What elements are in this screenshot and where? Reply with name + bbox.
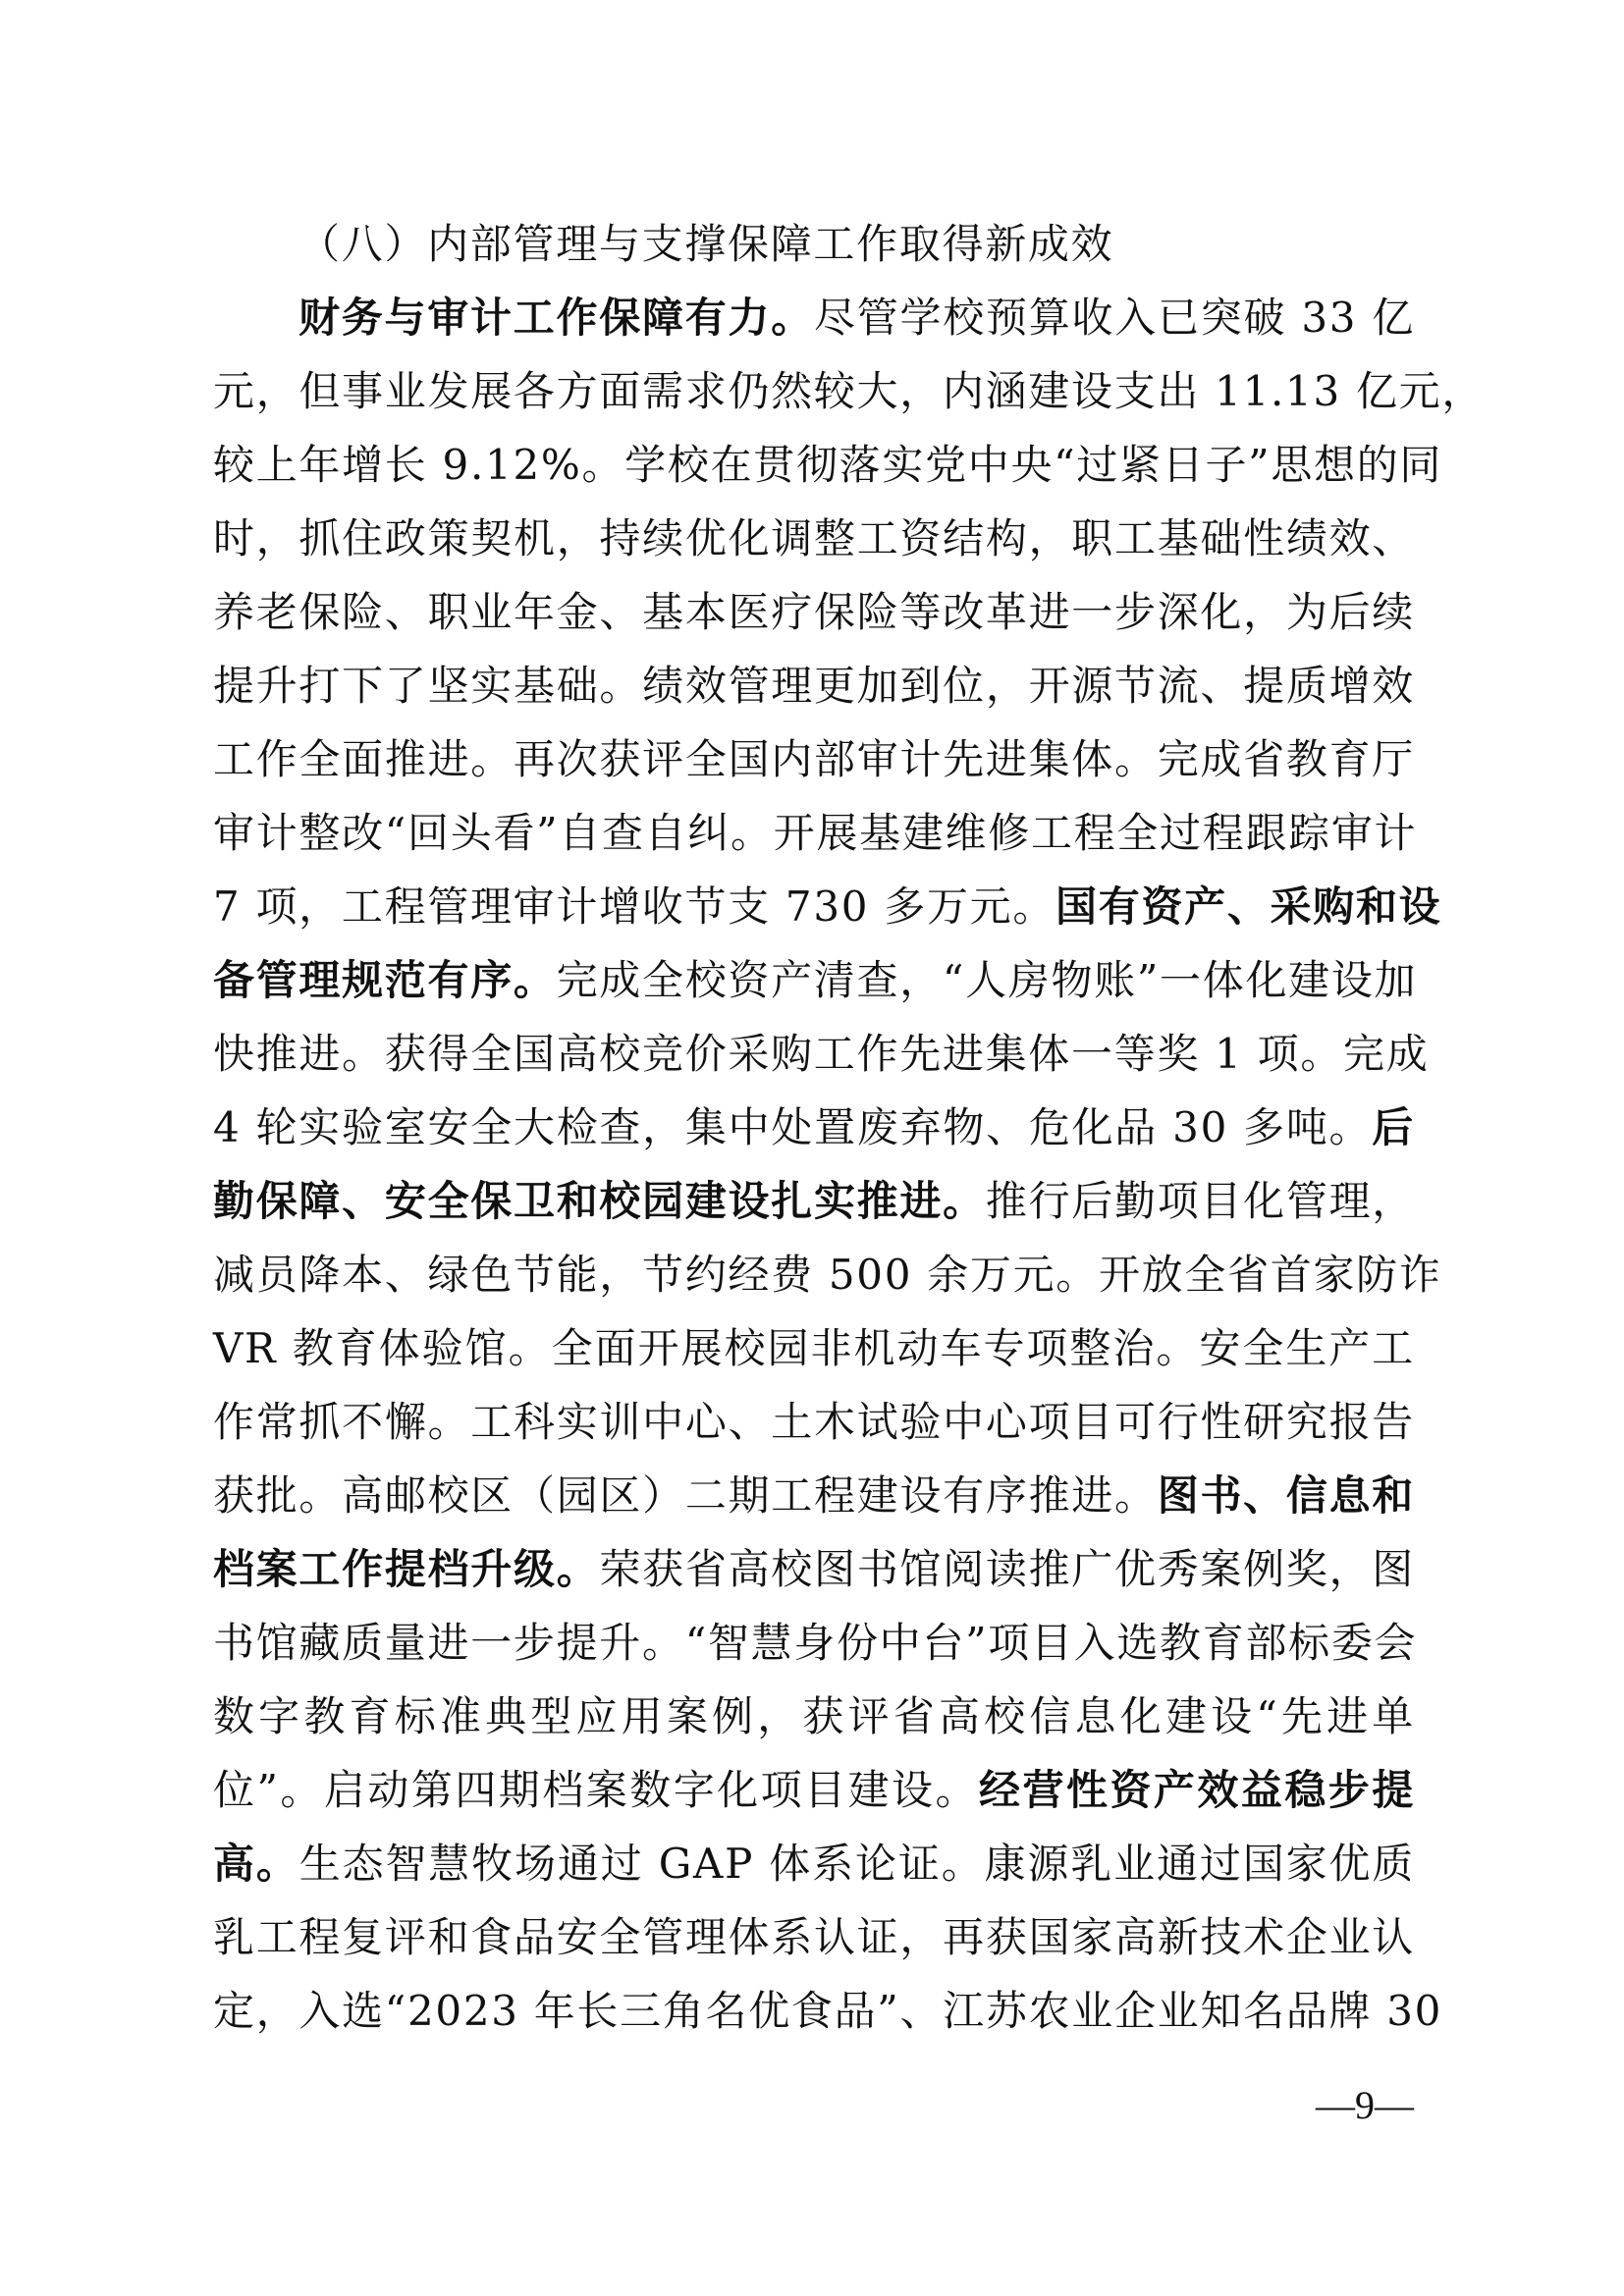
- text-line: 7 项，工程管理审计增收节支 730 多万元。国有资产、采购和设: [213, 870, 1415, 943]
- text-run: 荣获省高校图书馆阅读推广优秀案例奖，图: [599, 1545, 1415, 1593]
- text-run: VR 教育体验馆。全面开展校园非机动车专项整治。安全生产工: [213, 1324, 1415, 1372]
- text-line: 提升打下了坚实基础。绩效管理更加到位，开源节流、提质增效: [213, 649, 1415, 722]
- text-line: 4 轮实验室安全大检查，集中处置废弃物、危化品 30 多吨。后: [213, 1091, 1415, 1164]
- text-line: 减员降本、绿色节能，节约经费 500 余万元。开放全省首家防诈: [213, 1238, 1415, 1311]
- text-line: 乳工程复评和食品安全管理体系认证，再获国家高新技术企业认: [213, 1900, 1415, 1974]
- text-line: 较上年增长 9.12%。学校在贯彻落实党中央“过紧日子”思想的同: [213, 428, 1415, 502]
- text-line: 备管理规范有序。完成全校资产清查，“人房物账”一体化建设加: [213, 943, 1415, 1017]
- paragraph: 财务与审计工作保障有力。尽管学校预算收入已突破 33 亿元，但事业发展各方面需求…: [213, 281, 1415, 2048]
- text-run: 推行后勤项目化管理，: [986, 1177, 1415, 1225]
- bold-lead-phrase: 财务与审计工作保障有力。: [298, 294, 814, 342]
- text-line: 获批。高邮校区（园区）二期工程建设有序推进。图书、信息和: [213, 1459, 1415, 1532]
- text-line: 位”。启动第四期档案数字化项目建设。经营性资产效益稳步提: [213, 1753, 1415, 1827]
- bold-lead-phrase: 备管理规范有序。: [213, 956, 557, 1004]
- text-line: 勤保障、安全保卫和校园建设扎实推进。推行后勤项目化管理，: [213, 1164, 1415, 1238]
- text-run: 数字教育标准典型应用案例，获评省高校信息化建设“先进单: [213, 1692, 1415, 1740]
- bold-lead-phrase: 国有资产、采购和设: [1056, 882, 1441, 931]
- text-line: 元，但事业发展各方面需求仍然较大，内涵建设支出 11.13 亿元，: [213, 354, 1415, 428]
- text-line: 财务与审计工作保障有力。尽管学校预算收入已突破 33 亿: [213, 281, 1415, 354]
- text-run: 提升打下了坚实基础。绩效管理更加到位，开源节流、提质增效: [213, 662, 1415, 710]
- text-run: 元，但事业发展各方面需求仍然较大，内涵建设支出 11.13 亿元，: [213, 367, 1485, 415]
- text-run: 7 项，工程管理审计增收节支 730 多万元。: [213, 882, 1056, 931]
- text-run: 完成全校资产清查，“人房物账”一体化建设加: [557, 956, 1418, 1004]
- bold-lead-phrase: 高。: [213, 1840, 299, 1888]
- text-line: 作常抓不懈。工科实训中心、土木试验中心项目可行性研究报告: [213, 1385, 1415, 1459]
- text-line: 工作全面推进。再次获评全国内部审计先进集体。完成省教育厅: [213, 722, 1415, 796]
- text-line: 养老保险、职业年金、基本医疗保险等改革进一步深化，为后续: [213, 575, 1415, 649]
- text-line: 快推进。获得全国高校竞价采购工作先进集体一等奖 1 项。完成: [213, 1017, 1415, 1091]
- text-run: 书馆藏质量进一步提升。“智慧身份中台”项目入选教育部标委会: [213, 1619, 1417, 1667]
- page-number: —9—: [1316, 2081, 1414, 2130]
- text-line: 高。生态智慧牧场通过 GAP 体系论证。康源乳业通过国家优质: [213, 1827, 1415, 1900]
- text-run: 养老保险、职业年金、基本医疗保险等改革进一步深化，为后续: [213, 588, 1415, 636]
- text-run: 时，抓住政策契机，持续优化调整工资结构，职工基础性绩效、: [213, 514, 1415, 562]
- text-run: 快推进。获得全国高校竞价采购工作先进集体一等奖 1 项。完成: [213, 1030, 1429, 1078]
- document-page: （八）内部管理与支撑保障工作取得新成效 财务与审计工作保障有力。尽管学校预算收入…: [0, 0, 1624, 2296]
- text-run: 乳工程复评和食品安全管理体系认证，再获国家高新技术企业认: [213, 1913, 1415, 1961]
- bold-lead-phrase: 勤保障、安全保卫和校园建设扎实推进。: [213, 1177, 986, 1225]
- text-run: 工作全面推进。再次获评全国内部审计先进集体。完成省教育厅: [213, 735, 1415, 783]
- bold-lead-phrase: 经营性资产效益稳步提: [979, 1766, 1415, 1814]
- text-run: 审计整改“回头看”自查自纠。开展基建维修工程全过程跟踪审计: [213, 809, 1417, 857]
- text-run: 位”。启动第四期档案数字化项目建设。: [213, 1766, 979, 1814]
- text-run: 生态智慧牧场通过 GAP 体系论证。康源乳业通过国家优质: [299, 1840, 1415, 1888]
- text-line: 审计整改“回头看”自查自纠。开展基建维修工程全过程跟踪审计: [213, 796, 1415, 870]
- text-run: 获批。高邮校区（园区）二期工程建设有序推进。: [213, 1471, 1158, 1520]
- text-line: VR 教育体验馆。全面开展校园非机动车专项整治。安全生产工: [213, 1311, 1415, 1385]
- text-run: 尽管学校预算收入已突破 33 亿: [814, 294, 1415, 342]
- text-run: 作常抓不懈。工科实训中心、土木试验中心项目可行性研究报告: [213, 1398, 1415, 1446]
- text-line: 数字教育标准典型应用案例，获评省高校信息化建设“先进单: [213, 1680, 1415, 1753]
- text-run: 较上年增长 9.12%。学校在贯彻落实党中央“过紧日子”思想的同: [213, 441, 1442, 489]
- text-run: 减员降本、绿色节能，节约经费 500 余万元。开放全省首家防诈: [213, 1251, 1442, 1299]
- bold-lead-phrase: 档案工作提档升级。: [213, 1545, 599, 1593]
- text-run: 定，入选“2023 年长三角名优食品”、江苏农业企业知名品牌 30: [213, 1987, 1442, 2035]
- text-line: 书馆藏质量进一步提升。“智慧身份中台”项目入选教育部标委会: [213, 1606, 1415, 1680]
- section-heading: （八）内部管理与支撑保障工作取得新成效: [213, 207, 1415, 281]
- text-run: 4 轮实验室安全大检查，集中处置废弃物、危化品 30 多吨。: [213, 1103, 1372, 1151]
- text-body: （八）内部管理与支撑保障工作取得新成效 财务与审计工作保障有力。尽管学校预算收入…: [213, 207, 1415, 2048]
- text-line: 定，入选“2023 年长三角名优食品”、江苏农业企业知名品牌 30: [213, 1974, 1415, 2048]
- text-line: 档案工作提档升级。荣获省高校图书馆阅读推广优秀案例奖，图: [213, 1532, 1415, 1606]
- text-line: 时，抓住政策契机，持续优化调整工资结构，职工基础性绩效、: [213, 502, 1415, 575]
- bold-lead-phrase: 后: [1372, 1103, 1415, 1151]
- bold-lead-phrase: 图书、信息和: [1158, 1471, 1415, 1520]
